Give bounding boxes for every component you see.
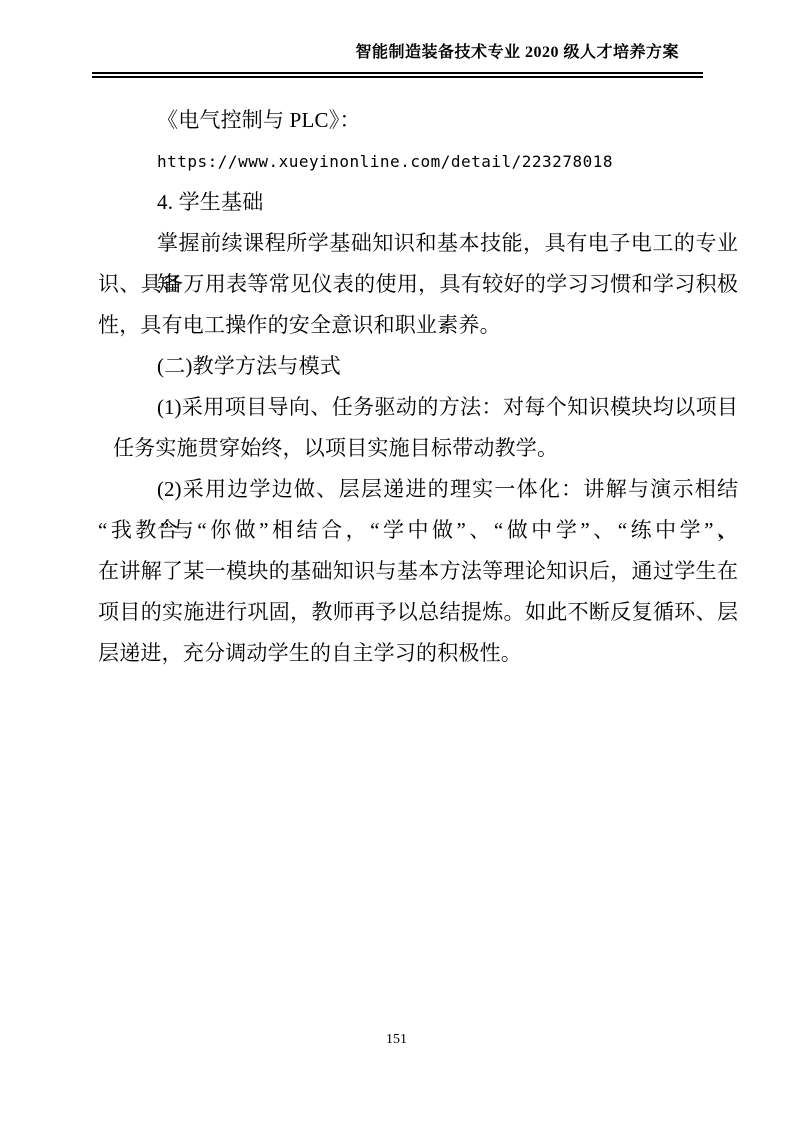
- body-line: “我教”与“你做”相结合，“学中做”、“做中学”、“练中学”，: [98, 510, 738, 551]
- header-double-rule: [92, 72, 703, 78]
- body-line: 在讲解了某一模块的基础知识与基本方法等理论知识后，通过学生在: [98, 551, 738, 592]
- body-line: 性，具有电工操作的安全意识和职业素养。: [98, 305, 738, 346]
- header-running-title: 智能制造装备技术专业 2020 级人才培养方案: [92, 43, 679, 63]
- document-body: 《电气控制与 PLC》：https://www.xueyinonline.com…: [98, 100, 738, 674]
- body-line: (2)采用边学边做、层层递进的理实一体化：讲解与演示相结合、: [98, 469, 738, 510]
- body-line: 层递进，充分调动学生的自主学习的积极性。: [98, 633, 738, 674]
- body-line: 4. 学生基础: [98, 182, 738, 223]
- body-line: 识、具备万用表等常见仪表的使用，具有较好的学习习惯和学习积极: [98, 264, 738, 305]
- page-number: 151: [0, 1031, 793, 1049]
- body-line: (二)教学方法与模式: [98, 346, 738, 387]
- body-line: 掌握前续课程所学基础知识和基本技能，具有电子电工的专业知: [98, 223, 738, 264]
- body-line: (1)采用项目导向、任务驱动的方法：对每个知识模块均以项目: [98, 387, 738, 428]
- document-page: 智能制造装备技术专业 2020 级人才培养方案 《电气控制与 PLC》：http…: [0, 0, 793, 1122]
- body-line: https://www.xueyinonline.com/detail/2232…: [98, 141, 738, 182]
- body-line: 任务实施贯穿始终，以项目实施目标带动教学。: [98, 428, 738, 469]
- body-line: 《电气控制与 PLC》：: [98, 100, 738, 141]
- body-line: 项目的实施进行巩固，教师再予以总结提炼。如此不断反复循环、层: [98, 592, 738, 633]
